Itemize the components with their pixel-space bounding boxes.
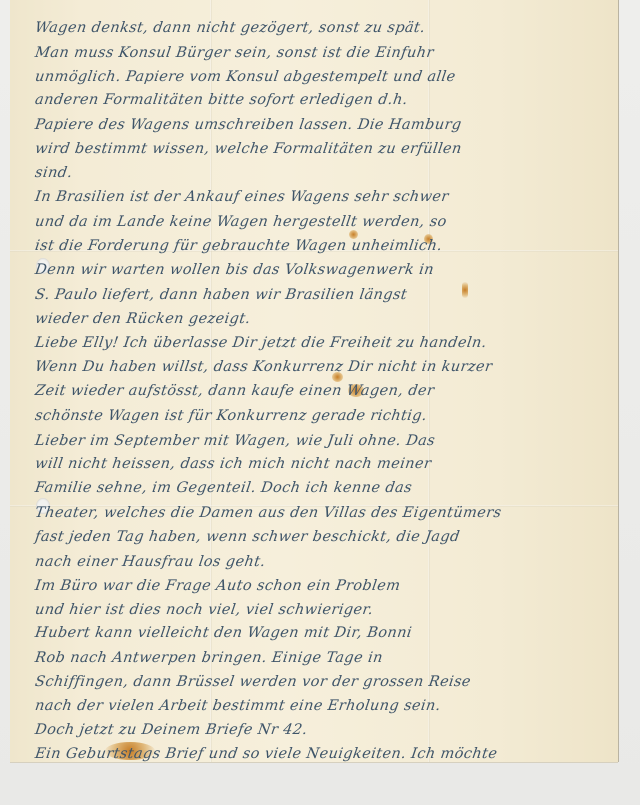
handwritten-line: Theater, welches die Damen aus den Villa… (34, 505, 503, 521)
handwritten-line: und da im Lande keine Wagen hergestellt … (34, 214, 448, 230)
handwritten-line: nach der vielen Arbeit bestimmt eine Erh… (34, 698, 442, 714)
rust-stain (462, 282, 468, 298)
handwritten-line: Ein Geburtstags Brief und so viele Neuig… (34, 746, 498, 762)
handwritten-line: Wagen denkst, dann nicht gezögert, sonst… (34, 20, 426, 36)
handwritten-line: will nicht heissen, dass ich mich nicht … (34, 456, 432, 472)
handwritten-line: In Brasilien ist der Ankauf eines Wagens… (34, 189, 450, 205)
handwritten-line: S. Paulo liefert, dann haben wir Brasili… (34, 287, 408, 303)
handwritten-line: und hier ist dies noch viel, viel schwie… (34, 602, 374, 618)
handwritten-line: Wenn Du haben willst, dass Konkurrenz Di… (34, 359, 493, 375)
handwritten-line: wieder den Rücken gezeigt. (34, 311, 252, 327)
handwritten-line: Im Büro war die Frage Auto schon ein Pro… (34, 578, 401, 594)
handwritten-line: anderen Formalitäten bitte sofort erledi… (34, 92, 409, 108)
handwritten-line: Papiere des Wagens umschreiben lassen. D… (34, 117, 463, 133)
handwritten-line: Rob nach Antwerpen bringen. Einige Tage … (34, 650, 384, 666)
handwritten-line: Familie sehne, im Gegenteil. Doch ich ke… (34, 480, 413, 496)
handwritten-line: Denn wir warten wollen bis das Volkswage… (34, 262, 435, 278)
fold-line-vertical (428, 0, 430, 762)
handwritten-line: ist die Forderung für gebrauchte Wagen u… (34, 238, 443, 254)
handwritten-line: sind. (34, 165, 74, 181)
handwritten-line: wird bestimmt wissen, welche Formalitäte… (34, 141, 463, 157)
handwritten-line: Man muss Konsul Bürger sein, sonst ist d… (34, 45, 435, 61)
handwritten-line: Lieber im September mit Wagen, wie Juli … (34, 433, 436, 449)
handwritten-line: nach einer Hausfrau los geht. (34, 554, 267, 570)
handwritten-line: Zeit wieder aufstösst, dann kaufe einen … (34, 383, 435, 399)
handwritten-line: Liebe Elly! Ich überlasse Dir jetzt die … (34, 335, 488, 351)
handwritten-line: fast jeden Tag haben, wenn schwer beschi… (34, 529, 461, 545)
handwritten-line: schönste Wagen ist für Konkurrenz gerade… (34, 408, 428, 424)
handwritten-line: Doch jetzt zu Deinem Briefe Nr 42. (34, 722, 309, 738)
handwritten-line: Hubert kann vielleicht den Wagen mit Dir… (34, 625, 413, 641)
letter-page (10, 0, 618, 762)
handwritten-line: Schiffingen, dann Brüssel werden vor der… (34, 674, 472, 690)
fold-line-vertical (210, 0, 212, 762)
handwritten-line: unmöglich. Papiere vom Konsul abgestempe… (34, 69, 457, 85)
